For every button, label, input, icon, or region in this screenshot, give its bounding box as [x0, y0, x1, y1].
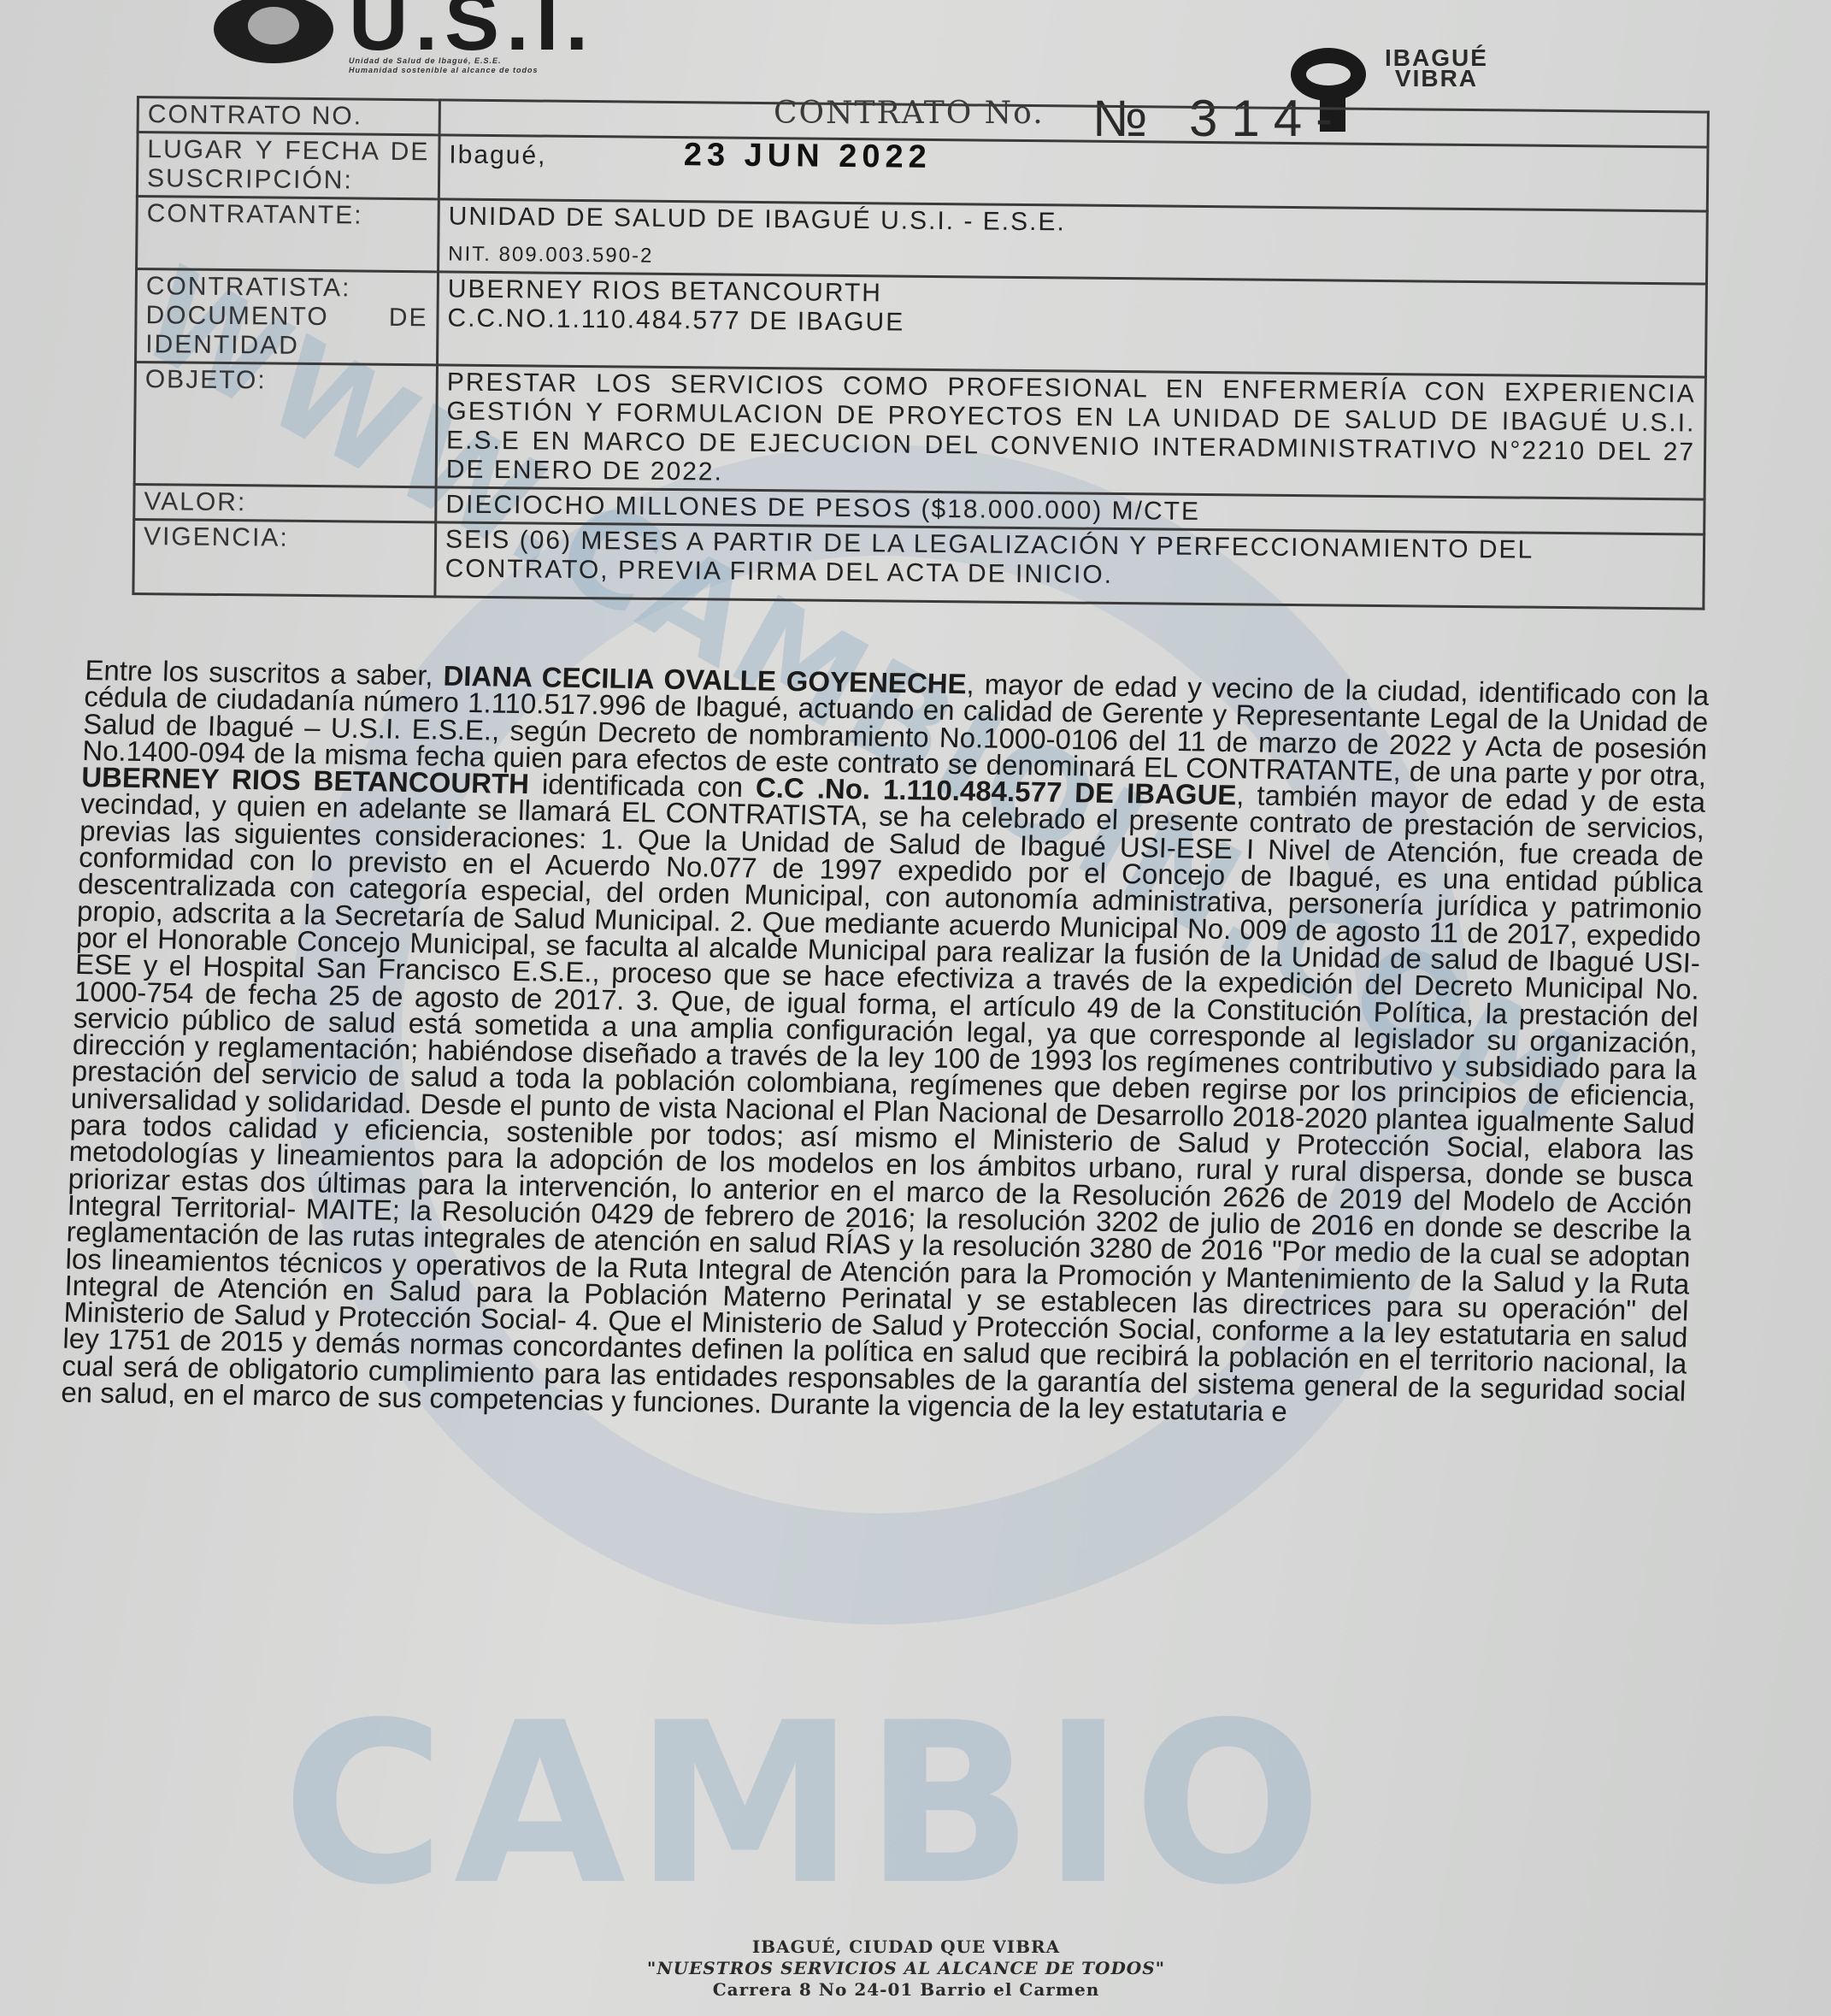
page-footer: IBAGUÉ, CIUDAD QUE VIBRA "NUESTROS SERVI… — [564, 1936, 1248, 2001]
document-page: WWW.CAMBIOIN.COM CAMBIO U.S.I. Unidad de… — [0, 0, 1831, 2016]
row-label: CONTRATO No. — [138, 97, 439, 135]
footer-city-slogan: IBAGUÉ, CIUDAD QUE VIBRA — [564, 1936, 1248, 1958]
row-value: PRESTAR LOS SERVICIOS COMO PROFESIONAL E… — [436, 365, 1705, 499]
date-stamp: 23 JUN 2022 — [684, 137, 932, 175]
row-label: VIGENCIA: — [133, 519, 436, 596]
footer-service-slogan: "NUESTROS SERVICIOS AL ALCANCE DE TODOS" — [564, 1958, 1248, 1979]
row-label: VALOR: — [134, 484, 436, 522]
table-row: VIGENCIA: SEIS (06) MESES A PARTIR DE LA… — [133, 519, 1704, 609]
row-label: LUGAR Y FECHA DE SUSCRIPCIÓN: — [137, 133, 439, 199]
usi-logo-title: U.S.I. — [349, 0, 595, 56]
ibague-logo-line2: VIBRA — [1385, 68, 1488, 89]
contract-body: Entre los suscritos a saber, DIANA CECIL… — [61, 657, 1710, 1431]
usi-emblem-icon — [214, 0, 333, 63]
row-label: OBJETO: — [134, 363, 437, 487]
table-row: OBJETO: PRESTAR LOS SERVICIOS COMO PROFE… — [134, 363, 1705, 500]
watermark-bottom: CAMBIO — [282, 1676, 1331, 1934]
place: Ibagué, — [449, 141, 546, 170]
body-paragraph: Entre los suscritos a saber, DIANA CECIL… — [61, 657, 1710, 1431]
row-value: Ibagué, 23 JUN 2022 — [439, 135, 1708, 211]
contract-summary-table: CONTRATO No. LUGAR Y FECHA DE SUSCRIPCIÓ… — [132, 96, 1710, 610]
row-value: UNIDAD DE SALUD DE IBAGUÉ U.S.I. - E.S.E… — [439, 199, 1708, 284]
row-label: CONTRATISTA: DOCUMENTO DE IDENTIDAD — [136, 269, 439, 365]
usi-logo: U.S.I. Unidad de Salud de Ibagué, E.S.E.… — [214, 0, 595, 75]
row-value: SEIS (06) MESES A PARTIR DE LA LEGALIZAC… — [435, 522, 1704, 609]
row-label: CONTRATANTE: — [137, 197, 439, 272]
table-row: CONTRATISTA: DOCUMENTO DE IDENTIDAD UBER… — [136, 269, 1707, 378]
row-value: UBERNEY RIOS BETANCOURTH C.C.No.1.110.48… — [437, 272, 1706, 377]
footer-address: Carrera 8 No 24-01 Barrio el Carmen — [564, 1979, 1248, 2001]
